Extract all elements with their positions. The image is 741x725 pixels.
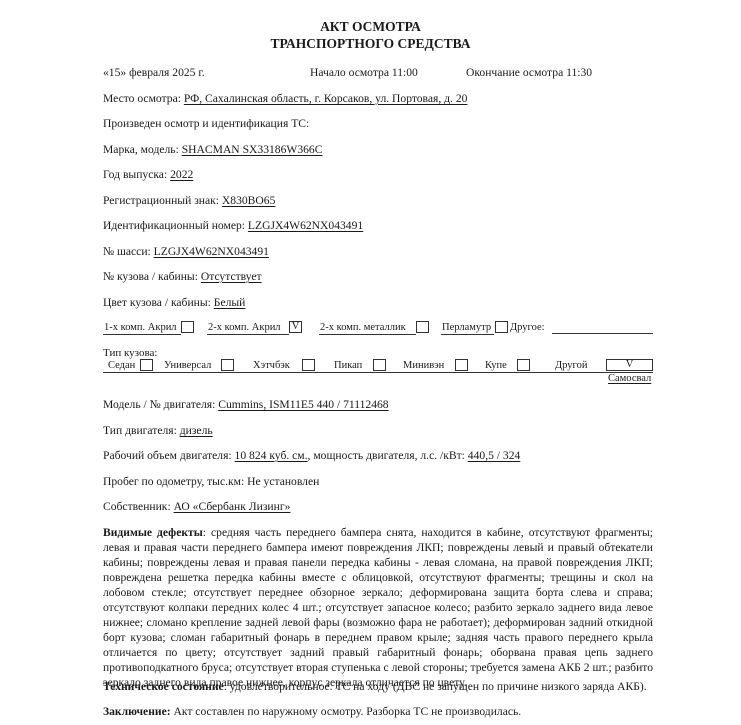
owner-value: АО «Сбербанк Лизинг» — [174, 500, 291, 513]
body-option-label: Универсал — [164, 360, 211, 371]
engine-volume-value: 10 824 куб. см. — [235, 449, 308, 462]
engine-type-value: дизель — [180, 424, 213, 437]
body-type-label: Тип кузова: — [103, 347, 157, 359]
engine-type-label: Тип двигателя: — [103, 424, 177, 437]
paint-option-label: 2-х комп. Акрил — [208, 322, 281, 333]
body-option-label: Седан — [108, 360, 135, 371]
paint-other-label: Другое: — [510, 322, 545, 333]
paint-underline — [207, 334, 289, 335]
owner-field: Собственник: АО «Сбербанк Лизинг» — [103, 500, 290, 513]
identification-heading: Произведен осмотр и идентификация ТС: — [103, 117, 309, 130]
plate-field: Регистрационный знак: Х830ВО65 — [103, 194, 275, 207]
engine-volume-field: Рабочий объем двигателя: 10 824 куб. см.… — [103, 449, 520, 462]
year-label: Год выпуска: — [103, 168, 167, 181]
vin-label: Идентификационный номер: — [103, 219, 245, 232]
body-number-label: № кузова / кабины: — [103, 270, 198, 283]
place-value: РФ, Сахалинская область, г. Корсаков, ул… — [184, 92, 468, 105]
inspection-date: «15» февраля 2025 г. — [103, 66, 205, 79]
conclusion-text: Акт составлен по наружному осмотру. Разб… — [171, 705, 522, 718]
engine-power-value: 440,5 / 324 — [468, 449, 521, 462]
body-checkbox-minivan[interactable] — [455, 359, 468, 371]
color-label: Цвет кузова / кабины: — [103, 296, 211, 309]
year-field: Год выпуска: 2022 — [103, 168, 193, 181]
mileage-field: Пробег по одометру, тыс.км: Не установле… — [103, 475, 319, 488]
visible-defects-paragraph: Видимые дефекты: средняя часть переднего… — [103, 525, 653, 690]
body-checkbox-wagon[interactable] — [221, 359, 234, 371]
vin-field: Идентификационный номер: LZGJX4W62NX0434… — [103, 219, 363, 232]
defects-text: : средняя часть переднего бампера снята,… — [103, 526, 653, 689]
engine-model-label: Модель / № двигателя: — [103, 398, 215, 411]
color-field: Цвет кузова / кабины: Белый — [103, 296, 245, 309]
chassis-field: № шасси: LZGJX4W62NX043491 — [103, 245, 269, 258]
chassis-value: LZGJX4W62NX043491 — [154, 245, 269, 258]
body-number-value: Отсутствует — [201, 270, 262, 283]
paint-underline — [319, 334, 416, 335]
body-checkbox-pickup[interactable] — [373, 359, 386, 371]
paint-option-label: 1-х комп. Акрил — [104, 322, 177, 333]
make-value: SHACMAN SX33186W366C — [182, 143, 323, 156]
make-label: Марка, модель: — [103, 143, 179, 156]
body-option-label: Купе — [485, 360, 507, 371]
defects-label: Видимые дефекты — [103, 526, 203, 539]
engine-volume-label: Рабочий объем двигателя: — [103, 449, 232, 462]
engine-type-field: Тип двигателя: дизель — [103, 424, 213, 437]
body-option-label: Хэтчбэк — [253, 360, 290, 371]
body-checkbox-other[interactable]: V — [606, 359, 653, 371]
inspection-end-time: Окончание осмотра 11:30 — [466, 66, 592, 79]
mileage-label: Пробег по одометру, тыс.км: — [103, 475, 244, 488]
paint-checkbox-2k-acryl[interactable]: V — [289, 321, 302, 333]
technical-state-text: : удовлетворительное. ТС на ходу (ДВС не… — [224, 680, 647, 693]
document-title-line1: АКТ ОСМОТРА — [0, 19, 741, 35]
place-field: Место осмотра: РФ, Сахалинская область, … — [103, 92, 467, 105]
paint-option-label: 2-х комп. металлик — [320, 322, 406, 333]
body-type-underline — [103, 372, 653, 373]
inspection-start-time: Начало осмотра 11:00 — [310, 66, 418, 79]
technical-state: Техническое состояние: удовлетворительно… — [103, 680, 647, 693]
plate-value: Х830ВО65 — [222, 194, 275, 207]
make-field: Марка, модель: SHACMAN SX33186W366C — [103, 143, 322, 156]
chassis-label: № шасси: — [103, 245, 151, 258]
body-type-other-value: Самосвал — [608, 373, 651, 384]
vin-value: LZGJX4W62NX043491 — [248, 219, 363, 232]
color-value: Белый — [214, 296, 246, 309]
body-checkbox-hatchback[interactable] — [302, 359, 315, 371]
paint-underline — [441, 334, 494, 335]
engine-model-field: Модель / № двигателя: Cummins, ISM11E5 4… — [103, 398, 389, 411]
conclusion: Заключение: Акт составлен по наружному о… — [103, 705, 521, 718]
year-value: 2022 — [170, 168, 193, 181]
place-label: Место осмотра: — [103, 92, 181, 105]
mileage-value: Не установлен — [247, 475, 319, 488]
document-title-line2: ТРАНСПОРТНОГО СРЕДСТВА — [0, 36, 741, 52]
body-option-label: Другой — [555, 360, 587, 371]
body-checkbox-sedan[interactable] — [140, 359, 153, 371]
engine-model-value: Cummins, ISM11E5 440 / 71112468 — [218, 398, 388, 411]
engine-power-label: , мощность двигателя, л.с. /кВт: — [308, 449, 465, 462]
paint-checkbox-2k-metallic[interactable] — [416, 321, 429, 333]
body-checkbox-coupe[interactable] — [517, 359, 530, 371]
body-option-label: Минивэн — [403, 360, 444, 371]
body-number-field: № кузова / кабины: Отсутствует — [103, 270, 262, 283]
owner-label: Собственник: — [103, 500, 171, 513]
conclusion-label: Заключение: — [103, 705, 171, 718]
paint-checkbox-1k-acryl[interactable] — [181, 321, 194, 333]
paint-option-label: Перламутр — [442, 322, 491, 333]
paint-checkbox-pearl[interactable] — [495, 321, 508, 333]
technical-state-label: Техническое состояние — [103, 680, 224, 693]
plate-label: Регистрационный знак: — [103, 194, 219, 207]
body-option-label: Пикап — [334, 360, 362, 371]
paint-underline — [103, 334, 181, 335]
paint-other-input[interactable] — [552, 333, 653, 334]
